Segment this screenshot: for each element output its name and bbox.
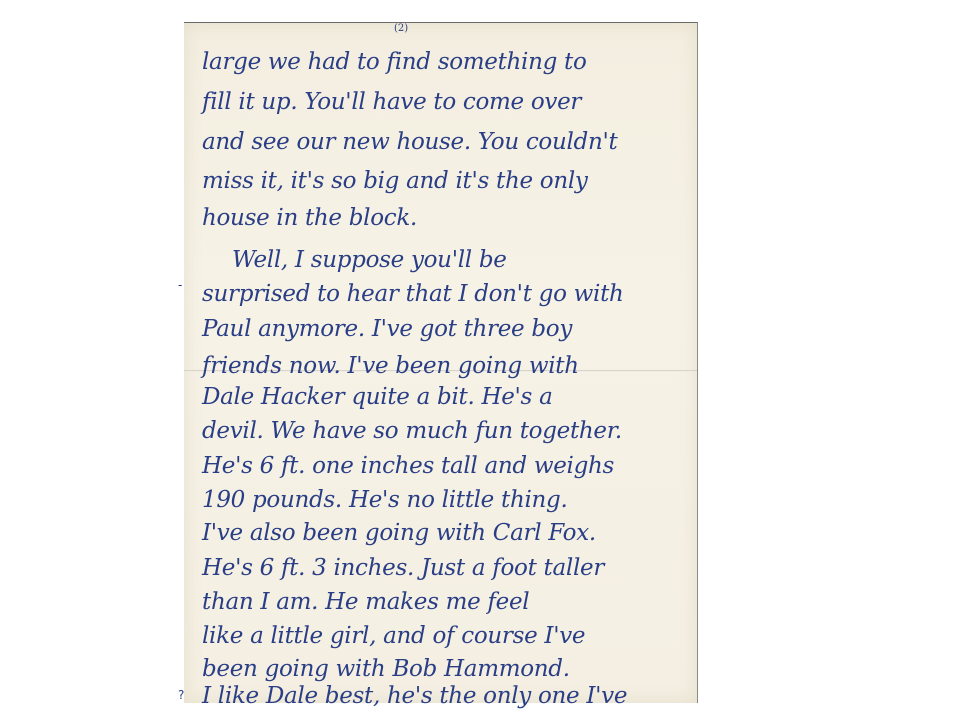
letter-line: 190 pounds. He's no little thing. — [202, 487, 567, 513]
letter-line: miss it, it's so big and it's the only — [202, 168, 588, 194]
letter-line: I like Dale best, he's the only one I've — [202, 683, 627, 709]
page-number: (2) — [394, 23, 408, 34]
letter-line: friends now. I've been going with — [202, 353, 579, 379]
letter-line: fill it up. You'll have to come over — [202, 89, 581, 115]
letter-line: He's 6 ft. 3 inches. Just a foot taller — [202, 555, 604, 581]
letter-line: Dale Hacker quite a bit. He's a — [202, 384, 552, 410]
letter-line: like a little girl, and of course I've — [202, 623, 585, 649]
letter-line: and see our new house. You couldn't — [202, 129, 617, 155]
margin-dash-mark: - — [178, 278, 182, 292]
letter-line: He's 6 ft. one inches tall and weighs — [202, 453, 614, 479]
letter-line: surprised to hear that I don't go with — [202, 281, 624, 307]
letter-line: than I am. He makes me feel — [202, 589, 529, 615]
letter-line: devil. We have so much fun together. — [202, 418, 622, 444]
letter-line: been going with Bob Hammond. — [202, 656, 570, 682]
letter-line: house in the block. — [202, 205, 417, 231]
letter-line: I've also been going with Carl Fox. — [202, 520, 596, 546]
letter-line: large we had to find something to — [202, 49, 587, 75]
letter-line: Paul anymore. I've got three boy — [202, 316, 572, 342]
margin-question-mark: ? — [178, 688, 184, 702]
letter-line: Well, I suppose you'll be — [232, 247, 507, 273]
letter-page: (2) large we had to find something to fi… — [184, 22, 698, 703]
